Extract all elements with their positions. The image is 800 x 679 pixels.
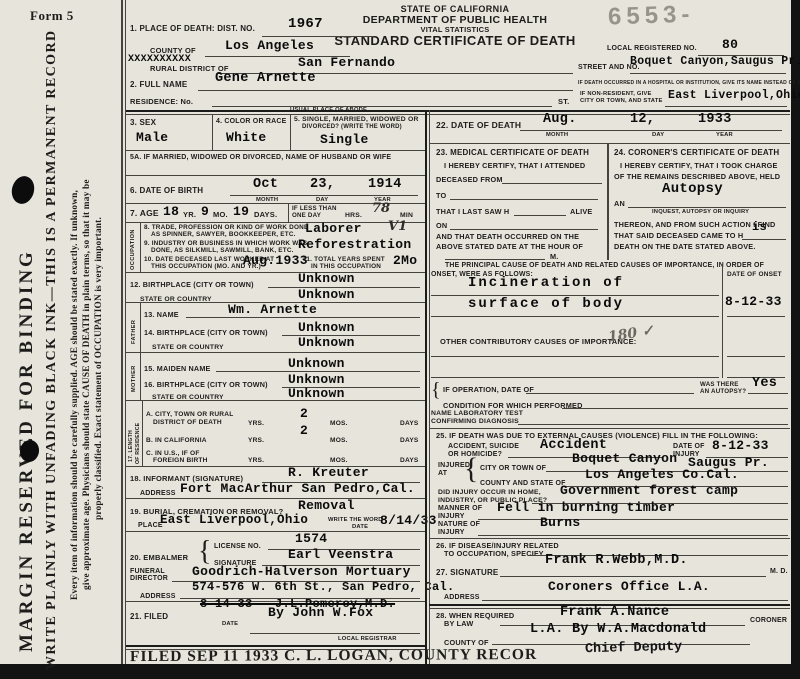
coroner-certificate-title: 24. CORONER'S CERTIFICATE OF DEATH xyxy=(614,148,779,157)
county-value: Los Angeles xyxy=(225,38,314,53)
occupation-side-label: OCCUPATION xyxy=(130,229,136,270)
contributory-handwritten-mark: 180 ✓ xyxy=(607,323,655,346)
local-registered-no-value: 80 xyxy=(722,37,738,52)
disease-injury-label-2: TO OCCUPATION, SPECIFY xyxy=(444,549,544,558)
underline xyxy=(186,317,420,318)
county-filed-stamp: FILED SEP 11 1933 C. L. LOGAN, COUNTY RE… xyxy=(130,646,537,666)
underline xyxy=(630,73,786,74)
residence-c-label-1: C. IN U.S., IF OF xyxy=(146,450,200,457)
total-years-value: 2Mo xyxy=(393,253,417,268)
nonresident-note-1: IF NON-RESIDENT, GIVE xyxy=(580,91,652,97)
rule xyxy=(126,175,425,176)
md-label: M. D. xyxy=(770,568,788,575)
death-day-value: 12, xyxy=(630,112,655,127)
header-state: STATE OF CALIFORNIA xyxy=(330,4,580,14)
onset-date-value: 8-12-33 xyxy=(725,294,782,309)
yrs-label: YRS. xyxy=(248,420,264,427)
rule xyxy=(429,538,790,539)
race-label: 4. COLOR OR RACE xyxy=(216,118,286,125)
rule xyxy=(126,531,425,532)
place-of-death-label: 1. PLACE OF DEATH: DIST. NO. xyxy=(130,24,255,33)
age-months-value: 9 xyxy=(201,204,209,219)
underline xyxy=(514,215,566,216)
rule xyxy=(722,264,723,378)
underline xyxy=(250,633,420,634)
accident-suicide-label-1: ACCIDENT, SUICIDE xyxy=(448,443,519,450)
license-no-label: LICENSE NO. xyxy=(214,543,261,550)
industry-label-1: 9. INDUSTRY OR BUSINESS IN WHICH WORK WA… xyxy=(144,240,307,247)
funeral-address-label: ADDRESS xyxy=(140,593,176,600)
yr-label: YR. xyxy=(183,210,196,219)
age-days-value: 19 xyxy=(233,204,249,219)
trade-label-2: AS SPINNER, SAWYER, BOOKKEEPER, ETC. xyxy=(151,231,296,238)
coroner-held-value: Autopsy xyxy=(662,181,723,197)
coroner-line-4: THAT SAID DECEASED CAME TO H xyxy=(614,231,743,240)
if-operation-label: IF OPERATION, DATE OF xyxy=(443,385,534,394)
underline xyxy=(450,229,598,230)
injury-place-label-1: DID INJURY OCCUR IN HOME, xyxy=(438,489,541,496)
residence-a-label-2: DISTRICT OF DEATH xyxy=(153,419,222,426)
date-of-death-label: 22. DATE OF DEATH xyxy=(436,120,521,130)
rule xyxy=(126,498,425,499)
mother-maiden-label: 15. MAIDEN NAME xyxy=(144,364,211,373)
coroner-label: CORONER xyxy=(750,617,787,624)
cause-of-death-line-2: surface of body xyxy=(468,296,624,312)
medical-line-7: ABOVE STATED DATE AT THE HOUR OF xyxy=(436,242,583,251)
injury-date-value: 8-12-33 xyxy=(712,438,769,453)
sex-label: 3. SEX xyxy=(130,118,156,127)
binding-rule xyxy=(125,0,126,664)
father-birthplace-city-value: Unknown xyxy=(298,320,355,335)
full-name-label: 2. FULL NAME xyxy=(130,80,187,89)
nonresident-note-2: CITY OR TOWN, AND STATE xyxy=(580,98,663,104)
if-less-than-label-1: IF LESS THAN xyxy=(292,205,337,212)
lab-test-label-2: CONFIRMING DIAGNOSIS xyxy=(431,418,519,425)
residence-side-label-1: 17. LENGTH xyxy=(128,430,134,462)
rule xyxy=(140,302,141,352)
dob-year-value: 1914 xyxy=(368,177,402,192)
signature-label: 27. SIGNATURE xyxy=(436,568,498,577)
rule xyxy=(126,114,790,115)
medical-line-3: TO xyxy=(436,191,446,200)
underline xyxy=(450,199,598,200)
days-label: DAYS. xyxy=(254,210,277,219)
underline xyxy=(431,377,719,378)
rule xyxy=(425,110,427,664)
underline xyxy=(230,195,418,196)
an-autopsy-label: AN AUTOPSY? xyxy=(700,388,746,395)
death-year-value: 1933 xyxy=(698,112,732,127)
underline xyxy=(478,519,788,520)
last-worked-value: Aug.1933 xyxy=(243,253,308,268)
signature-address-value: Coroners Office L.A. xyxy=(548,579,710,594)
industry-value: Reforestration xyxy=(298,237,411,252)
injury-place-value: Government forest camp xyxy=(560,483,738,498)
yrs-label: YRS. xyxy=(248,457,264,464)
was-there-label: WAS THERE xyxy=(700,381,739,388)
funeral-director-value: Goodrich-Halverson Mortuary xyxy=(192,564,411,579)
binding-rule xyxy=(121,0,123,664)
mother-maiden-value: Unknown xyxy=(288,356,345,371)
rule xyxy=(126,150,425,151)
underline xyxy=(727,356,785,357)
coroner-line-5: DEATH ON THE DATE STATED ABOVE. xyxy=(614,242,756,251)
rule xyxy=(288,203,289,222)
year-tick-label: YEAR xyxy=(716,132,733,138)
underline xyxy=(518,424,788,425)
nature-of-injury-value: Burns xyxy=(540,515,581,530)
rule xyxy=(607,143,609,260)
nonresident-value: East Liverpool,Ohio xyxy=(668,89,800,102)
date-of-onset-label: DATE OF ONSET xyxy=(727,271,782,278)
medical-line-5: ON xyxy=(436,221,447,230)
days-label: DAYS xyxy=(400,420,419,427)
funeral-director-address-value: 574-576 W. 6th St., San Pedro, Cal. xyxy=(192,580,455,594)
if-less-than-label-2: ONE DAY xyxy=(292,212,321,219)
age-label: 7. AGE xyxy=(130,208,159,218)
autopsy-value: Yes xyxy=(752,376,777,391)
rule xyxy=(140,352,141,400)
street-and-no-value: Boquet Canyon,Saugus Pr.#2 xyxy=(630,55,800,68)
underline xyxy=(502,183,602,184)
district-number-value: 1967 xyxy=(288,16,323,32)
father-name-value: Wm. Arnette xyxy=(228,302,317,317)
serial-number-stamp: 6553- xyxy=(608,1,695,32)
birthplace-state-value: Unknown xyxy=(298,287,355,302)
underline xyxy=(665,106,787,107)
local-registrar-label: LOCAL REGISTRAR xyxy=(338,636,397,642)
birthplace-city-value: Unknown xyxy=(298,271,355,286)
lab-test-label-1: NAME LABORATORY TEST xyxy=(431,410,523,417)
medical-m-label: M. xyxy=(550,252,559,261)
rural-district-value: San Fernando xyxy=(298,55,395,70)
mos-label: MOS. xyxy=(330,457,348,464)
month-tick-label: MONTH xyxy=(546,132,568,138)
county-by-value: L.A. By W.A.Macdonald xyxy=(530,622,706,637)
min-label: MIN xyxy=(400,212,413,219)
burial-date-label: DATE xyxy=(352,524,368,530)
margin-instructions-line2: give approximate age. Physicians should … xyxy=(82,179,92,590)
rule xyxy=(212,114,213,150)
principal-cause-intro-1: THE PRINCIPAL CAUSE OF DEATH AND RELATED… xyxy=(445,262,764,269)
filed-by-value: By John W.Fox xyxy=(268,605,373,620)
underline xyxy=(212,106,552,107)
coroner-his-fill-value: is xyxy=(752,220,767,234)
underline xyxy=(562,408,788,409)
hospital-note: IF DEATH OCCURRED IN A HOSPITAL OR INSTI… xyxy=(578,80,800,86)
days-label: DAYS xyxy=(400,437,419,444)
embalmer-signature-value: Earl Veenstra xyxy=(288,547,393,562)
medical-alive-label: ALIVE xyxy=(570,207,593,216)
rule xyxy=(429,110,430,664)
age-years-value: 18 xyxy=(163,204,179,219)
underline xyxy=(748,393,788,394)
burial-place-value: East Liverpool,Ohio xyxy=(160,513,308,527)
underline xyxy=(262,36,374,37)
total-years-label-1: 11. TOTAL YEARS SPENT xyxy=(303,256,385,263)
injury-city-value: Boquet Canyon xyxy=(572,451,677,466)
underline xyxy=(500,576,766,577)
rule xyxy=(126,222,425,223)
medical-line-6: AND THAT DEATH OCCURRED ON THE xyxy=(436,232,579,241)
filed-date-label: DATE xyxy=(222,621,238,627)
inquest-note: INQUEST, AUTOPSY OR INQUIRY xyxy=(652,209,749,215)
father-name-label: 13. NAME xyxy=(144,310,179,319)
mother-birthplace-state-value: Unknown xyxy=(288,386,345,401)
date-of-injury-label-1: DATE OF xyxy=(673,443,705,450)
father-birthplace-state-value: Unknown xyxy=(298,335,355,350)
underline xyxy=(445,259,545,260)
burial-kind-value: Removal xyxy=(298,498,355,513)
husband-wife-label: 5A. IF MARRIED, WIDOWED OR DIVORCED, NAM… xyxy=(130,154,391,161)
rule xyxy=(126,352,425,353)
dob-month-value: Oct xyxy=(253,177,278,192)
residence-label: RESIDENCE: No. xyxy=(130,97,193,106)
injury-county-value: Los Angeles Co.Cal. xyxy=(585,467,739,482)
signature-address-label: ADDRESS xyxy=(444,594,480,601)
mother-birthplace-label: 16. BIRTHPLACE (CITY OR TOWN) xyxy=(144,380,268,389)
medical-line-2: DECEASED FROM xyxy=(436,175,503,184)
rule xyxy=(126,466,425,467)
trade-value: Laborer xyxy=(305,221,362,236)
mo-label: MO. xyxy=(213,210,228,219)
underline xyxy=(431,356,719,357)
rule xyxy=(429,143,790,144)
st-label: ST. xyxy=(558,97,569,106)
physician-signature-value: Frank R.Webb,M.D. xyxy=(545,553,688,568)
residence-a-label-1: A. CITY, TOWN OR RURAL xyxy=(146,411,233,418)
marital-value: Single xyxy=(320,132,369,147)
nature-of-injury-label-1: NATURE OF xyxy=(438,521,480,528)
mother-birthplace-city-value: Unknown xyxy=(288,372,345,387)
underline xyxy=(482,600,788,601)
race-value: White xyxy=(226,130,267,145)
coroner-line-1: I HEREBY CERTIFY, THAT I TOOK CHARGE xyxy=(620,161,778,170)
full-name-value: Gene Arnette xyxy=(215,71,316,86)
contributory-causes-label: OTHER CONTRIBUTORY CAUSES OF IMPORTANCE: xyxy=(440,337,636,346)
residence-c-label-2: FOREIGN BIRTH xyxy=(153,457,208,464)
nature-of-injury-label-2: INJURY xyxy=(438,529,465,536)
marital-label-2: DIVORCED? (WRITE THE WORD) xyxy=(302,124,402,130)
margin-instructions-line3: properly classified. Exact statement of … xyxy=(94,217,104,520)
underline xyxy=(520,130,782,131)
filed-label: 21. FILED xyxy=(130,612,168,621)
margin-permanent-record-text: WRITE PLAINLY WITH UNFADING BLACK INK—TH… xyxy=(44,30,60,671)
rule xyxy=(126,110,790,112)
informant-address-label: ADDRESS xyxy=(140,490,176,497)
mos-label: MOS. xyxy=(330,437,348,444)
punch-hole xyxy=(9,174,37,207)
when-required-label-2: BY LAW xyxy=(444,619,473,628)
rule xyxy=(429,428,790,429)
brace: { xyxy=(431,379,441,402)
chief-deputy-stamp: Chief Deputy xyxy=(585,640,683,658)
city-or-town-label: CITY OR TOWN OF xyxy=(480,465,546,472)
underline xyxy=(526,393,694,394)
underline xyxy=(727,316,785,317)
death-certificate-scan: Form 5 MARGIN RESERVED FOR BINDING WRITE… xyxy=(0,0,800,679)
funeral-director-label-2: DIRECTOR xyxy=(130,575,168,582)
total-years-label-2: IN THIS OCCUPATION xyxy=(311,263,381,270)
hrs-handwritten-value: 78 xyxy=(372,201,390,216)
trade-label-1: 8. TRADE, PROFESSION OR KIND OF WORK DON… xyxy=(144,224,308,231)
scan-edge-bottom xyxy=(0,664,800,679)
residence-b-months-value: 2 xyxy=(300,423,308,438)
coroner-name-value: Frank A.Nance xyxy=(560,605,669,620)
rule xyxy=(126,400,425,401)
coroner-an-label: AN xyxy=(614,199,625,208)
father-side-label: FATHER xyxy=(131,320,137,344)
embalmer-license-value: 1574 xyxy=(295,531,327,546)
county-of-label: COUNTY OF xyxy=(444,638,489,647)
medical-line-1: I HEREBY CERTIFY, THAT I ATTENDED xyxy=(444,161,585,170)
medical-line-4: THAT I LAST SAW H xyxy=(436,207,509,216)
funeral-director-label-1: FUNERAL xyxy=(130,568,165,575)
brace: { xyxy=(464,452,479,486)
county-state-label: COUNTY AND STATE OF xyxy=(480,480,566,487)
underline xyxy=(628,207,786,208)
underline xyxy=(431,316,719,317)
rule xyxy=(140,222,141,272)
sex-value: Male xyxy=(136,130,168,145)
death-month-value: Aug. xyxy=(543,112,577,127)
manner-of-injury-label-2: INJURY xyxy=(438,513,465,520)
write-the-word-note: WRITE THE WORD xyxy=(328,517,383,523)
marital-label-1: 5. SINGLE, MARRIED, WIDOWED OR xyxy=(294,116,419,123)
days-label: DAYS xyxy=(400,457,419,464)
trade-handwritten-mark: V1 xyxy=(388,219,407,234)
residence-a-months-value: 2 xyxy=(300,406,308,421)
rule xyxy=(126,272,425,273)
informant-address-value: Fort MacArthur San Pedro,Cal. xyxy=(180,481,415,496)
injured-at-label-2: AT xyxy=(438,470,447,477)
manner-of-injury-label-1: MANNER OF xyxy=(438,505,482,512)
informant-value: R. Kreuter xyxy=(288,465,369,480)
underline xyxy=(198,90,573,91)
mos-label: MOS. xyxy=(330,420,348,427)
local-registered-no-label: LOCAL REGISTERED NO. xyxy=(607,45,697,52)
dob-label: 6. DATE OF BIRTH xyxy=(130,186,203,195)
form-number: Form 5 xyxy=(30,8,74,24)
manner-of-injury-value: Fell in burning timber xyxy=(497,500,675,515)
mother-side-label: MOTHER xyxy=(131,365,137,392)
rule xyxy=(142,400,143,466)
underline xyxy=(742,239,786,240)
dob-day-value: 23, xyxy=(310,177,335,192)
rule xyxy=(290,114,291,150)
day-tick-label: DAY xyxy=(652,132,664,138)
medical-certificate-title: 23. MEDICAL CERTIFICATE OF DEATH xyxy=(436,148,589,157)
underline xyxy=(478,535,788,536)
coroner-line-2: OF THE REMAINS DESCRIBED ABOVE, HELD xyxy=(614,172,780,181)
birthplace-label: 12. BIRTHPLACE (CITY OR TOWN) xyxy=(130,280,254,289)
cause-of-death-line-1: Incineration of xyxy=(468,275,624,291)
margin-instructions-line1: Every item of information should be care… xyxy=(70,190,80,600)
hrs-label: HRS. xyxy=(345,212,362,219)
father-state-label: STATE OR COUNTRY xyxy=(152,344,224,351)
embalmer-label: 20. EMBALMER xyxy=(130,553,188,562)
father-birthplace-label: 14. BIRTHPLACE (CITY OR TOWN) xyxy=(144,328,268,337)
residence-b-label: B. IN CALIFORNIA xyxy=(146,437,207,444)
residence-side-label-2: OF RESIDENCE xyxy=(135,423,141,464)
yrs-label: YRS. xyxy=(248,437,264,444)
